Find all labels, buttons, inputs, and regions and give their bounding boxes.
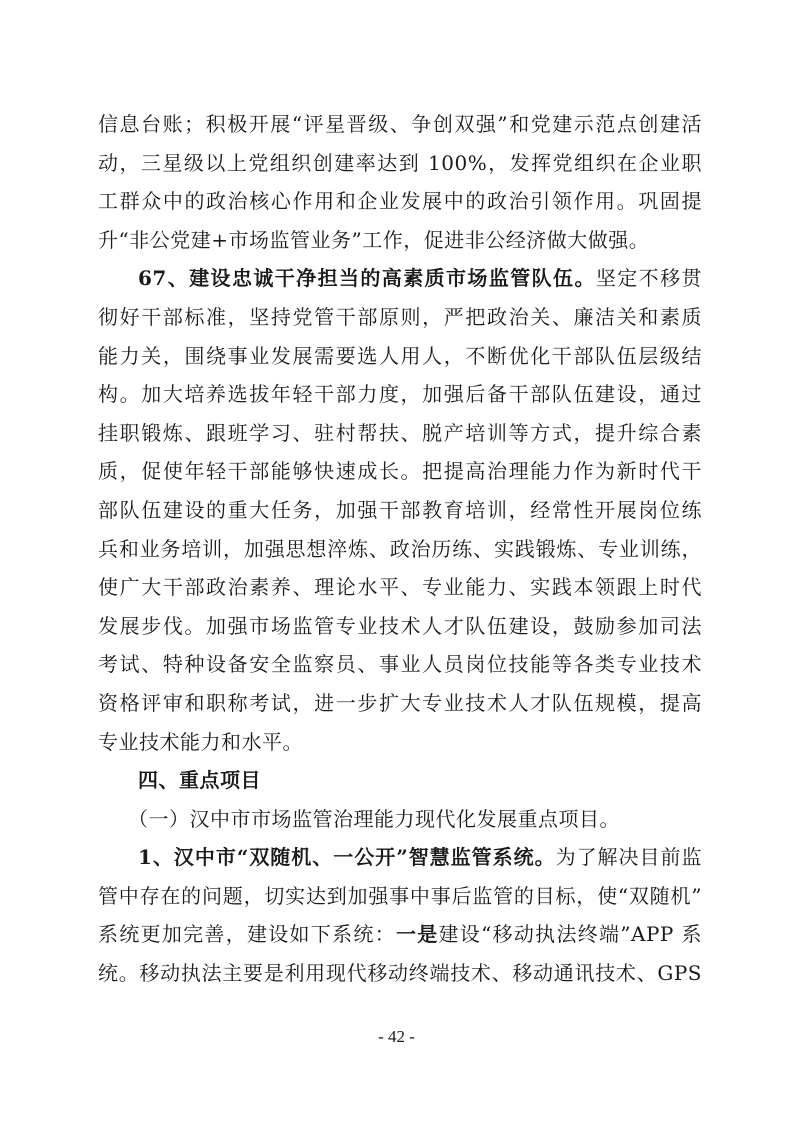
text-span: 系统更加完善，建设如下系统： <box>98 922 396 946</box>
page-number: - 42 - <box>0 1027 793 1047</box>
document-page: 信息台账；积极开展“评星晋级、争创双强”和党建示范点创建活 动，三星级以上党组织… <box>98 105 702 993</box>
paragraph-line: 质，促使年轻干部能够快速成长。把提高治理能力作为新时代干 <box>98 452 702 491</box>
item-1-first-line: 1、汉中市“双随机、一公开”智慧监管系统。为了解决目前监 <box>98 838 702 877</box>
paragraph-line: 挂职锻炼、跟班学习、驻村帮扶、脱产培训等方式，提升综合素 <box>98 414 702 453</box>
paragraph-line: 工群众中的政治核心作用和企业发展中的政治引领作用。巩固提 <box>98 182 702 221</box>
paragraph-line: 发展步伐。加强市场监管专业技术人才队伍建设，鼓励参加司法 <box>98 607 702 646</box>
paragraph-line: 信息台账；积极开展“评星晋级、争创双强”和党建示范点创建活 <box>98 105 702 144</box>
paragraph-line: 部队伍建设的重大任务，加强干部教育培训，经常性开展岗位练 <box>98 491 702 530</box>
paragraph-line: 动，三星级以上党组织创建率达到 100%，发挥党组织在企业职 <box>98 144 702 183</box>
item-1-title: 1、汉中市“双随机、一公开”智慧监管系统。 <box>138 845 556 869</box>
paragraph-line: 能力关，围绕事业发展需要选人用人，不断优化干部队伍层级结 <box>98 337 702 376</box>
paragraph-line: 统。移动执法主要是利用现代移动终端技术、移动通讯技术、GPS <box>98 954 702 993</box>
paragraph-line: 使广大干部政治素养、理论水平、专业能力、实践本领跟上时代 <box>98 568 702 607</box>
paragraph-line: 考试、特种设备安全监察员、事业人员岗位技能等各类专业技术 <box>98 645 702 684</box>
paragraph-line: 管中存在的问题，切实达到加强事中事后监管的目标，使“双随机” <box>98 877 702 916</box>
section-heading: 四、重点项目 <box>98 761 702 800</box>
text-span: 建设“移动执法终端”APP 系 <box>439 922 702 946</box>
paragraph-line: 兵和业务培训，加强思想淬炼、政治历练、实践锻炼、专业训练， <box>98 530 702 569</box>
item-1-text: 为了解决目前监 <box>556 845 702 869</box>
section-67-title: 67、建设忠诚干净担当的高素质市场监管队伍。 <box>138 266 596 290</box>
section-67-text: 坚定不移贯 <box>596 266 702 290</box>
paragraph-line: 彻好干部标准，坚持党管干部原则，严把政治关、廉洁关和素质 <box>98 298 702 337</box>
paragraph-line: 资格评审和职称考试，进一步扩大专业技术人才队伍规模，提高 <box>98 684 702 723</box>
paragraph-line: 升“非公党建+市场监管业务”工作，促进非公经济做大做强。 <box>98 221 702 260</box>
emphasis-span: 一是 <box>396 922 439 946</box>
paragraph-line: 系统更加完善，建设如下系统：一是建设“移动执法终端”APP 系 <box>98 915 702 954</box>
subsection-heading: （一）汉中市市场监管治理能力现代化发展重点项目。 <box>98 800 702 839</box>
paragraph-line: 构。加大培养选拔年轻干部力度，加强后备干部队伍建设，通过 <box>98 375 702 414</box>
section-67-first-line: 67、建设忠诚干净担当的高素质市场监管队伍。坚定不移贯 <box>98 259 702 298</box>
paragraph-line: 专业技术能力和水平。 <box>98 723 702 762</box>
